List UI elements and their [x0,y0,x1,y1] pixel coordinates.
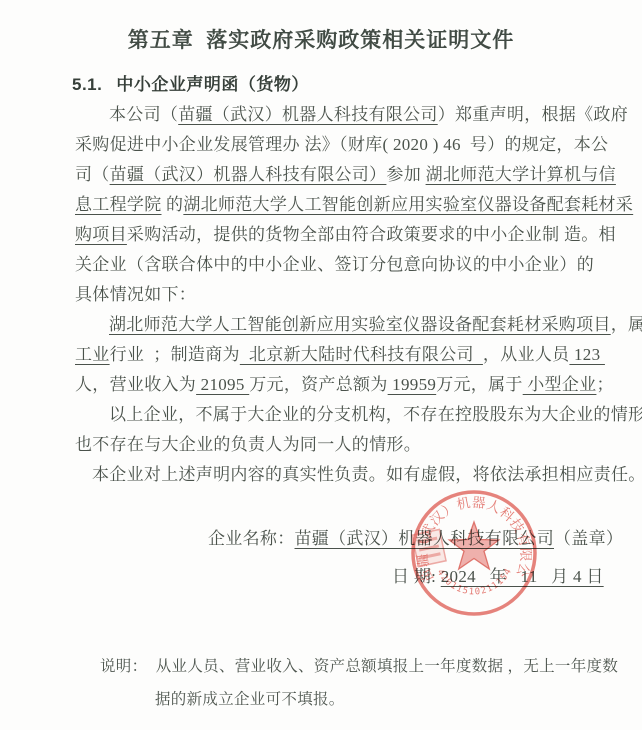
text-run: 日 期: [392,567,441,586]
text-run: 具体情况如下： [75,285,196,304]
section-number: 5.1. [72,75,102,94]
underlined-field: 21095 [196,375,249,394]
section-heading: 5.1.中小企业声明函（货物） [72,70,309,95]
text-line: 本公司（苗疆（武汉）机器人科技有限公司）郑重声明，根据《政府 [75,100,635,130]
text-line: 具体情况如下： [75,280,635,310]
underlined-field: 小型企业 [523,375,597,394]
text-line: 本企业对上述声明内容的真实性负责。如有虚假，将依法承担相应责任。 [75,460,635,490]
section-title: 中小企业声明函（货物） [116,75,309,94]
underlined-field: 2024 年 11 月 4 日 [441,567,604,586]
underlined-field: 苗疆（武汉）机器人科技有限公司 [178,105,438,124]
underlined-field: 湖北师范大学人工智能创新应用实验室仪器设备配套耗材采购项目 [109,315,611,334]
document-page: 第五章 落实政府采购政策相关证明文件 5.1.中小企业声明函（货物） 本公司（苗… [0,0,642,730]
text-line: 司（苗疆（武汉）机器人科技有限公司）参加 湖北师范大学计算机与信 [75,160,635,190]
underlined-field: 购项目 [75,225,127,244]
underlined-field: 湖北师范大学计算机与信 [426,165,616,184]
underlined-field: 工业 [75,345,110,364]
text-run: 也不存在与大企业的负责人为同一人的情形。 [75,435,421,454]
text-line: 工业行业 ；制造商为 北京新大陆时代科技有限公司 ，从业人员 123 [75,340,635,370]
text-run: 关企业（含联合体中的中小企业、签订分包意向协议的中小企业）的 [75,255,594,274]
text-line: 也不存在与大企业的负责人为同一人的情形。 [75,430,635,460]
text-run: 人，营业收入为 [75,375,196,394]
text-line: 据的新成立企业可不填报。 [100,683,618,716]
text-run: 以上企业，不属于大企业的分支机构，不存在控股股东为大企业的情形， [109,405,642,424]
text-run: ，从业人员 [483,345,570,364]
text-run: 行业 ；制造商为 [110,345,240,364]
text-run: 本公司（ [109,105,178,124]
text-run: 据的新成立企业可不填报。 [155,691,345,708]
text-run: 的 [162,195,184,214]
text-run: 万元，资产总额为 [249,375,387,394]
text-line: 湖北师范大学人工智能创新应用实验室仪器设备配套耗材采购项目，属于 [75,310,635,340]
underlined-field: 湖北师范大学人工智能创新应用实验室仪器设备配套耗材采 [183,195,633,214]
date-line: 日 期: 2024 年 11 月 4 日 [392,562,604,592]
text-run: 万元，属于 [436,375,523,394]
text-run: 采购促进中小企业发展管理办 法》（财库( 2020 ) 46 号）的规定，本公 [75,135,608,154]
text-line: 购项目采购活动，提供的货物全部由符合政策要求的中小企业制 造。相 [75,220,635,250]
text-line: 以上企业，不属于大企业的分支机构，不存在控股股东为大企业的情形， [75,400,635,430]
note-text: 说明： 从业人员、营业收入、资产总额填报上一年度数据 ，无上一年度数据的新成立企… [100,650,618,716]
text-run: 参加 [386,165,425,184]
text-line: 企业名称：苗疆（武汉）机器人科技有限公司（盖章） [208,524,623,554]
underlined-field: 北京新大陆时代科技有限公司 [240,345,483,364]
text-run: 说明： 从业人员、营业收入、资产总额填报上一年度数据 ，无上一年度数 [100,658,618,675]
text-run: 司（ [75,165,110,184]
underlined-field: 苗疆（武汉）机器人科技有限公司） [110,165,387,184]
text-run: 本企业对上述声明内容的真实性负责。如有虚假，将依法承担相应责任。 [92,465,642,484]
text-line: 采购促进中小企业发展管理办 法》（财库( 2020 ) 46 号）的规定，本公 [75,130,635,160]
underlined-field: 123 [569,345,605,364]
text-run: ）郑重声明，根据《政府 [438,105,628,124]
text-run: 企业名称： [208,529,295,548]
text-run: （盖章） [554,529,623,548]
chapter-title: 第五章 落实政府采购政策相关证明文件 [0,24,642,54]
underlined-field: 苗疆（武汉）机器人科技有限公司 [295,529,555,548]
text-line: 日 期: 2024 年 11 月 4 日 [392,562,604,592]
text-line: 人，营业收入为 21095 万元，资产总额为 19959万元，属于 小型企业； [75,370,635,400]
text-run: ，属于 [611,315,642,334]
text-line: 关企业（含联合体中的中小企业、签订分包意向协议的中小企业）的 [75,250,635,280]
company-signature-line: 企业名称：苗疆（武汉）机器人科技有限公司（盖章） [208,524,623,554]
text-run: ； [596,375,613,394]
text-line: 说明： 从业人员、营业收入、资产总额填报上一年度数据 ，无上一年度数 [100,650,618,683]
underlined-field: 19959 [388,375,437,394]
text-line: 息工程学院 的湖北师范大学人工智能创新应用实验室仪器设备配套耗材采 [75,190,635,220]
text-run: 采购活动，提供的货物全部由符合政策要求的中小企业制 造。相 [127,225,616,244]
declaration-body: 本公司（苗疆（武汉）机器人科技有限公司）郑重声明，根据《政府采购促进中小企业发展… [75,100,635,490]
underlined-field: 息工程学院 [75,195,162,214]
